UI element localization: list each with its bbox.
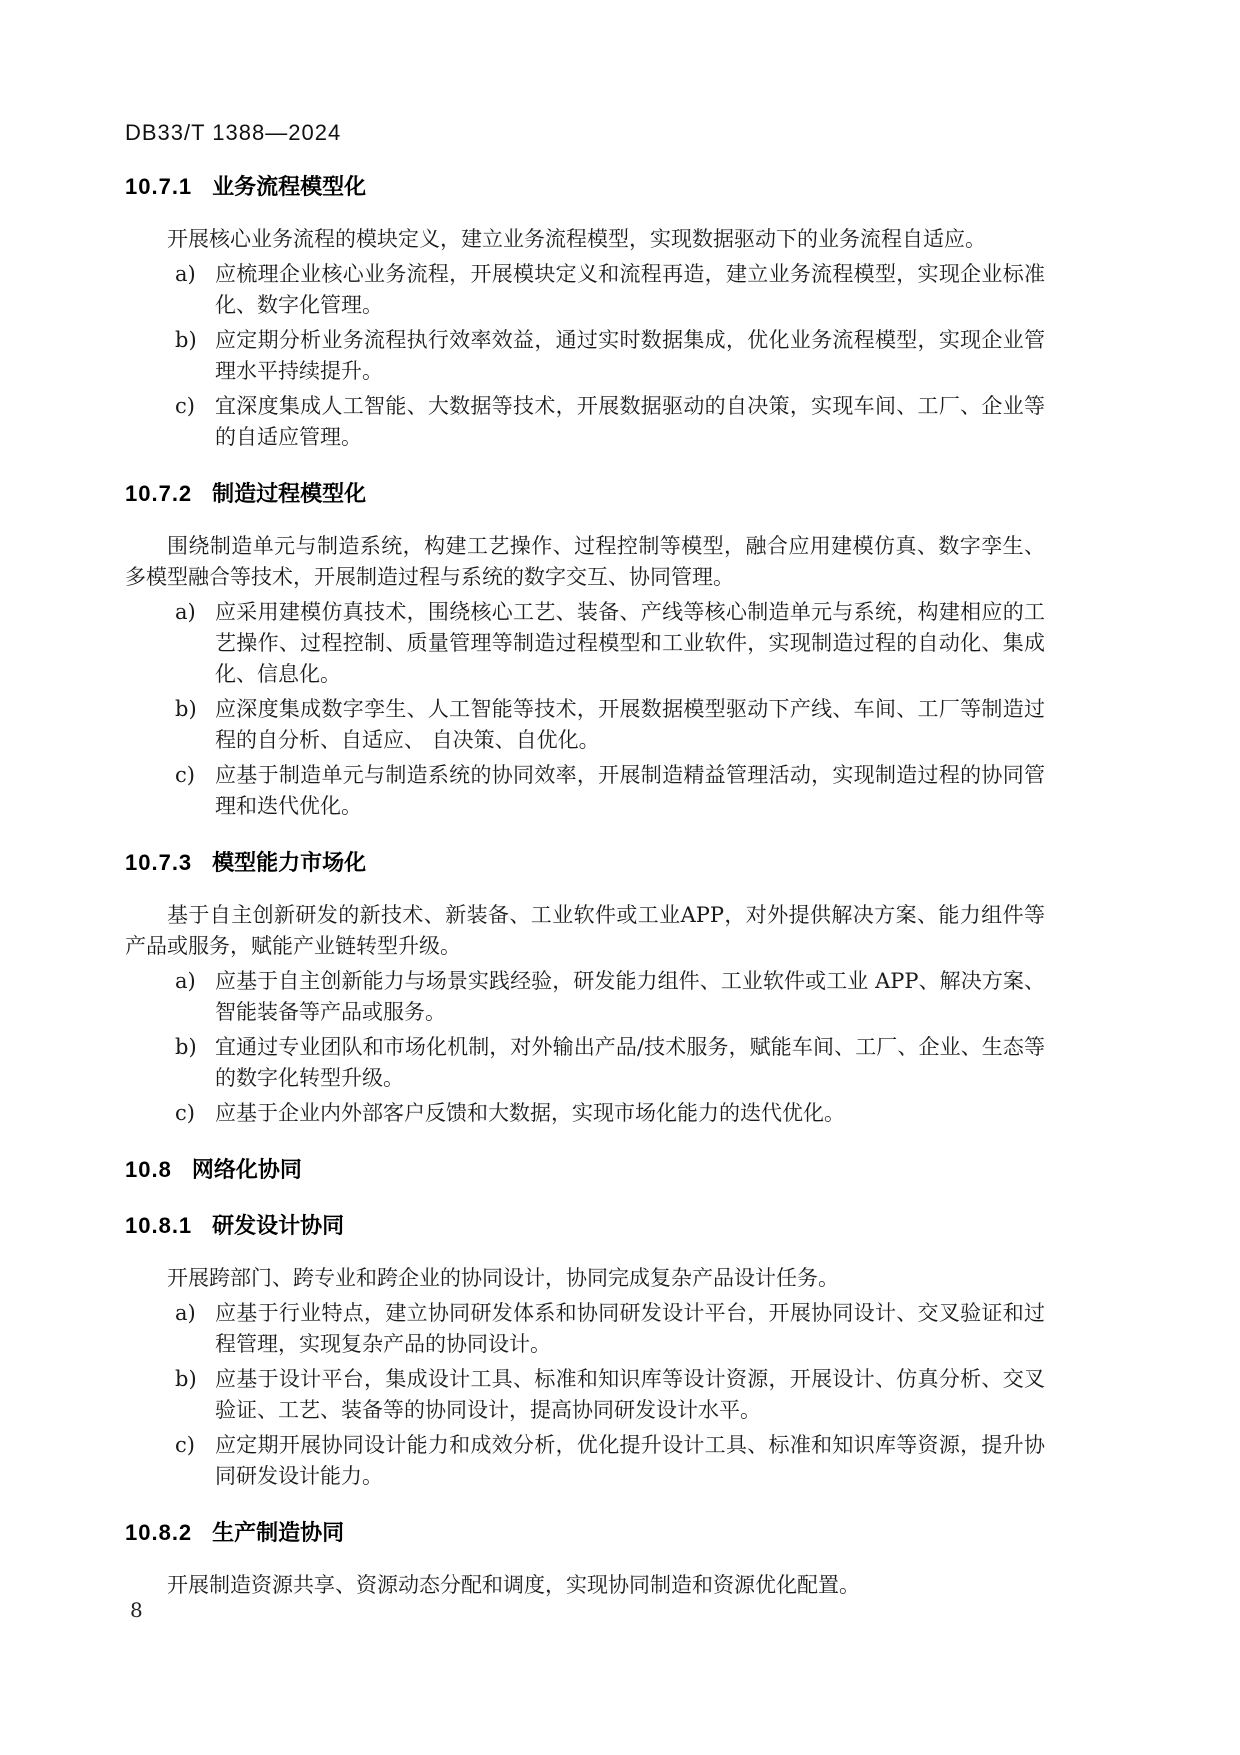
list-item-label: b) <box>175 325 215 387</box>
list-item-text: 应基于行业特点，建立协同研发体系和协同研发设计平台，开展协同设计、交叉验证和过程… <box>215 1298 1045 1360</box>
list-item-text: 应定期分析业务流程执行效率效益，通过实时数据集成，优化业务流程模型，实现企业管理… <box>215 325 1045 387</box>
list-item-text: 应基于制造单元与制造系统的协同效率，开展制造精益管理活动，实现制造过程的协同管理… <box>215 760 1045 822</box>
section-10-8: 10.8网络化协同 <box>125 1155 1045 1185</box>
section-number: 10.8.2 <box>125 1520 192 1545</box>
section-10-7-2: 10.7.2制造过程模型化 围绕制造单元与制造系统，构建工艺操作、过程控制等模型… <box>125 479 1045 822</box>
list-item: b) 宜通过专业团队和市场化机制，对外输出产品/技术服务，赋能车间、工厂、企业、… <box>175 1032 1045 1094</box>
list-item: a) 应梳理企业核心业务流程，开展模块定义和流程再造，建立业务流程模型，实现企业… <box>175 259 1045 321</box>
list-item-text: 应基于企业内外部客户反馈和大数据，实现市场化能力的迭代优化。 <box>215 1098 1045 1129</box>
section-10-7-1: 10.7.1业务流程模型化 开展核心业务流程的模块定义，建立业务流程模型，实现数… <box>125 172 1045 453</box>
list-item: c) 应基于企业内外部客户反馈和大数据，实现市场化能力的迭代优化。 <box>175 1098 1045 1129</box>
section-intro-paragraph: 开展核心业务流程的模块定义，建立业务流程模型，实现数据驱动下的业务流程自适应。 <box>125 224 1045 255</box>
document-code-header: DB33/T 1388—2024 <box>125 120 1045 146</box>
list-item-label: c) <box>175 391 215 453</box>
list-item-text: 应定期开展协同设计能力和成效分析，优化提升设计工具、标准和知识库等资源，提升协同… <box>215 1430 1045 1492</box>
list-item-label: c) <box>175 1098 215 1129</box>
section-10-7-3: 10.7.3模型能力市场化 基于自主创新研发的新技术、新装备、工业软件或工业AP… <box>125 848 1045 1129</box>
list-item-label: b) <box>175 1364 215 1426</box>
list-item: c) 应基于制造单元与制造系统的协同效率，开展制造精益管理活动，实现制造过程的协… <box>175 760 1045 822</box>
list-item-text: 应深度集成数字孪生、人工智能等技术，开展数据模型驱动下产线、车间、工厂等制造过程… <box>215 694 1045 756</box>
list-item-text: 应梳理企业核心业务流程，开展模块定义和流程再造，建立业务流程模型，实现企业标准化… <box>215 259 1045 321</box>
section-number: 10.8 <box>125 1157 172 1182</box>
page-number: 8 <box>130 1598 143 1622</box>
section-heading: 10.7.2制造过程模型化 <box>125 479 1045 509</box>
section-number: 10.7.3 <box>125 850 192 875</box>
list-item-label: a) <box>175 259 215 321</box>
list-item-label: c) <box>175 760 215 822</box>
section-number: 10.7.1 <box>125 174 192 199</box>
list-item-label: b) <box>175 1032 215 1094</box>
section-title: 模型能力市场化 <box>212 850 366 875</box>
section-heading: 10.8网络化协同 <box>125 1155 1045 1185</box>
section-heading: 10.8.2生产制造协同 <box>125 1518 1045 1548</box>
list-item-text: 应基于自主创新能力与场景实践经验，研发能力组件、工业软件或工业 APP、解决方案… <box>215 966 1045 1028</box>
section-title: 生产制造协同 <box>212 1520 344 1545</box>
list-item-label: a) <box>175 966 215 1028</box>
list-item-text: 宜深度集成人工智能、大数据等技术，开展数据驱动的自决策，实现车间、工厂、企业等的… <box>215 391 1045 453</box>
document-page: DB33/T 1388—2024 10.7.1业务流程模型化 开展核心业务流程的… <box>0 0 1240 1755</box>
section-number: 10.7.2 <box>125 481 192 506</box>
list-item: a) 应基于自主创新能力与场景实践经验，研发能力组件、工业软件或工业 APP、解… <box>175 966 1045 1028</box>
list-item-text: 宜通过专业团队和市场化机制，对外输出产品/技术服务，赋能车间、工厂、企业、生态等… <box>215 1032 1045 1094</box>
section-10-8-1: 10.8.1研发设计协同 开展跨部门、跨专业和跨企业的协同设计，协同完成复杂产品… <box>125 1211 1045 1492</box>
section-intro-paragraph: 基于自主创新研发的新技术、新装备、工业软件或工业APP，对外提供解决方案、能力组… <box>125 900 1045 962</box>
section-intro-paragraph: 开展跨部门、跨专业和跨企业的协同设计，协同完成复杂产品设计任务。 <box>125 1263 1045 1294</box>
list-item: b) 应深度集成数字孪生、人工智能等技术，开展数据模型驱动下产线、车间、工厂等制… <box>175 694 1045 756</box>
section-number: 10.8.1 <box>125 1213 192 1238</box>
section-10-8-2: 10.8.2生产制造协同 开展制造资源共享、资源动态分配和调度，实现协同制造和资… <box>125 1518 1045 1601</box>
list-item-label: b) <box>175 694 215 756</box>
section-intro-paragraph: 开展制造资源共享、资源动态分配和调度，实现协同制造和资源优化配置。 <box>125 1570 1045 1601</box>
list-item: b) 应基于设计平台，集成设计工具、标准和知识库等设计资源，开展设计、仿真分析、… <box>175 1364 1045 1426</box>
section-heading: 10.8.1研发设计协同 <box>125 1211 1045 1241</box>
list-item-label: a) <box>175 1298 215 1360</box>
list-item-label: c) <box>175 1430 215 1492</box>
list-item: c) 应定期开展协同设计能力和成效分析，优化提升设计工具、标准和知识库等资源，提… <box>175 1430 1045 1492</box>
list-item: c) 宜深度集成人工智能、大数据等技术，开展数据驱动的自决策，实现车间、工厂、企… <box>175 391 1045 453</box>
list-item: a) 应基于行业特点，建立协同研发体系和协同研发设计平台，开展协同设计、交叉验证… <box>175 1298 1045 1360</box>
section-title: 业务流程模型化 <box>212 174 366 199</box>
section-title: 制造过程模型化 <box>212 481 366 506</box>
list-item-text: 应采用建模仿真技术，围绕核心工艺、装备、产线等核心制造单元与系统，构建相应的工艺… <box>215 597 1045 690</box>
section-intro-paragraph: 围绕制造单元与制造系统，构建工艺操作、过程控制等模型，融合应用建模仿真、数字孪生… <box>125 531 1045 593</box>
list-item: a) 应采用建模仿真技术，围绕核心工艺、装备、产线等核心制造单元与系统，构建相应… <box>175 597 1045 690</box>
list-item-label: a) <box>175 597 215 690</box>
section-heading: 10.7.3模型能力市场化 <box>125 848 1045 878</box>
list-item: b) 应定期分析业务流程执行效率效益，通过实时数据集成，优化业务流程模型，实现企… <box>175 325 1045 387</box>
list-item-text: 应基于设计平台，集成设计工具、标准和知识库等设计资源，开展设计、仿真分析、交叉验… <box>215 1364 1045 1426</box>
section-title: 网络化协同 <box>192 1157 302 1182</box>
section-title: 研发设计协同 <box>212 1213 344 1238</box>
section-heading: 10.7.1业务流程模型化 <box>125 172 1045 202</box>
